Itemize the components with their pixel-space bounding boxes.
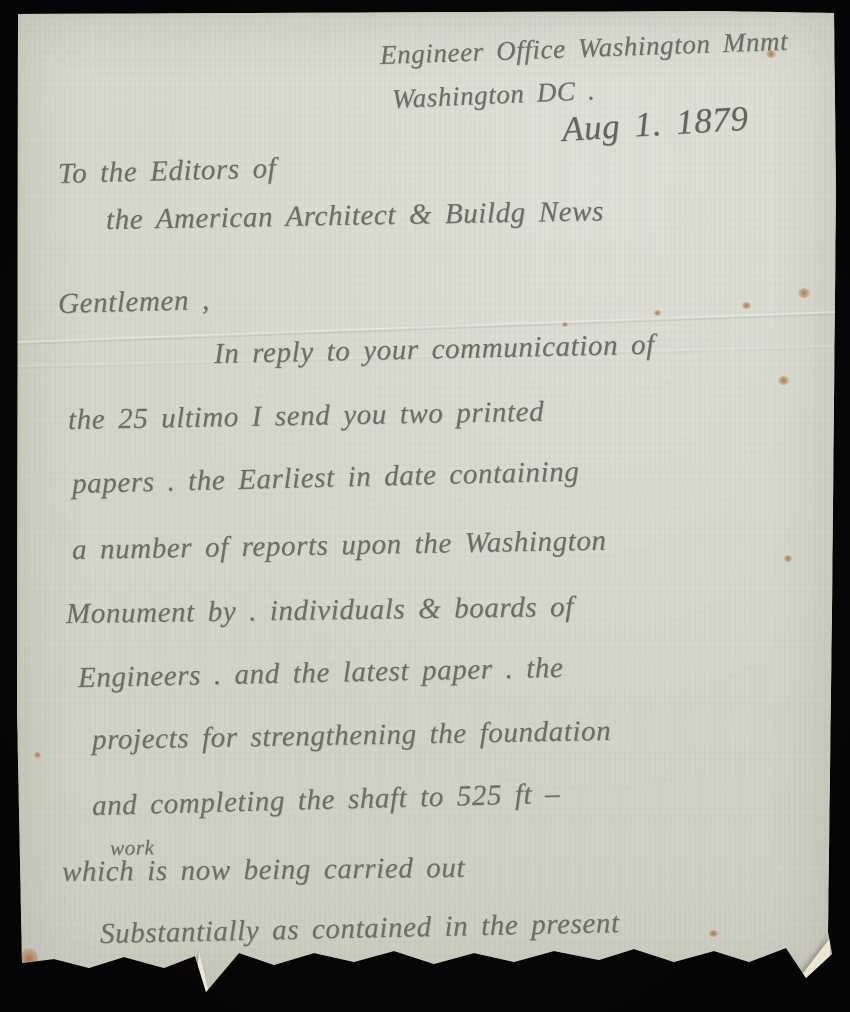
scan-background: Engineer Office Washington Mnmt Washingt… — [0, 0, 850, 1012]
body-line: the 25 ultimo I send you two printed — [68, 396, 545, 437]
foxing-spot — [778, 376, 789, 385]
recipient-line-2: the American Architect & Buildg News — [106, 195, 604, 237]
tear-flap — [195, 951, 213, 992]
foxing-spot — [784, 555, 792, 562]
heading-office-line: Engineer Office Washington Mnmt — [379, 26, 788, 71]
body-line: In reply to your communication of — [214, 329, 655, 371]
body-line: Monument by . individuals & boards of — [66, 591, 574, 631]
recipient-line-1: To the Editors of — [58, 152, 277, 191]
foxing-spot — [34, 752, 41, 758]
foxing-spot — [742, 302, 751, 309]
body-line: papers . the Earliest in date containing — [72, 456, 580, 501]
body-line: a number of reports upon the Washington — [72, 525, 607, 567]
salutation: Gentlemen , — [58, 284, 211, 321]
foxing-spot — [654, 310, 661, 316]
body-line: Substantially as contained in the presen… — [100, 907, 620, 951]
foxing-spot — [709, 930, 718, 937]
body-line-text: which is now being carried out — [62, 852, 465, 888]
body-line: projects for strengthening the foundatio… — [92, 715, 612, 757]
body-line: which is now being carried out — [62, 852, 465, 889]
foxing-spot — [20, 948, 38, 970]
body-line: and completing the shaft to 525 ft – — [92, 778, 561, 823]
foxing-spot — [798, 288, 810, 298]
letter-page: Engineer Office Washington Mnmt Washingt… — [14, 10, 840, 1006]
folded-corner — [790, 938, 830, 990]
body-line: Engineers . and the latest paper . the — [78, 652, 564, 695]
foxing-spot — [562, 322, 568, 327]
